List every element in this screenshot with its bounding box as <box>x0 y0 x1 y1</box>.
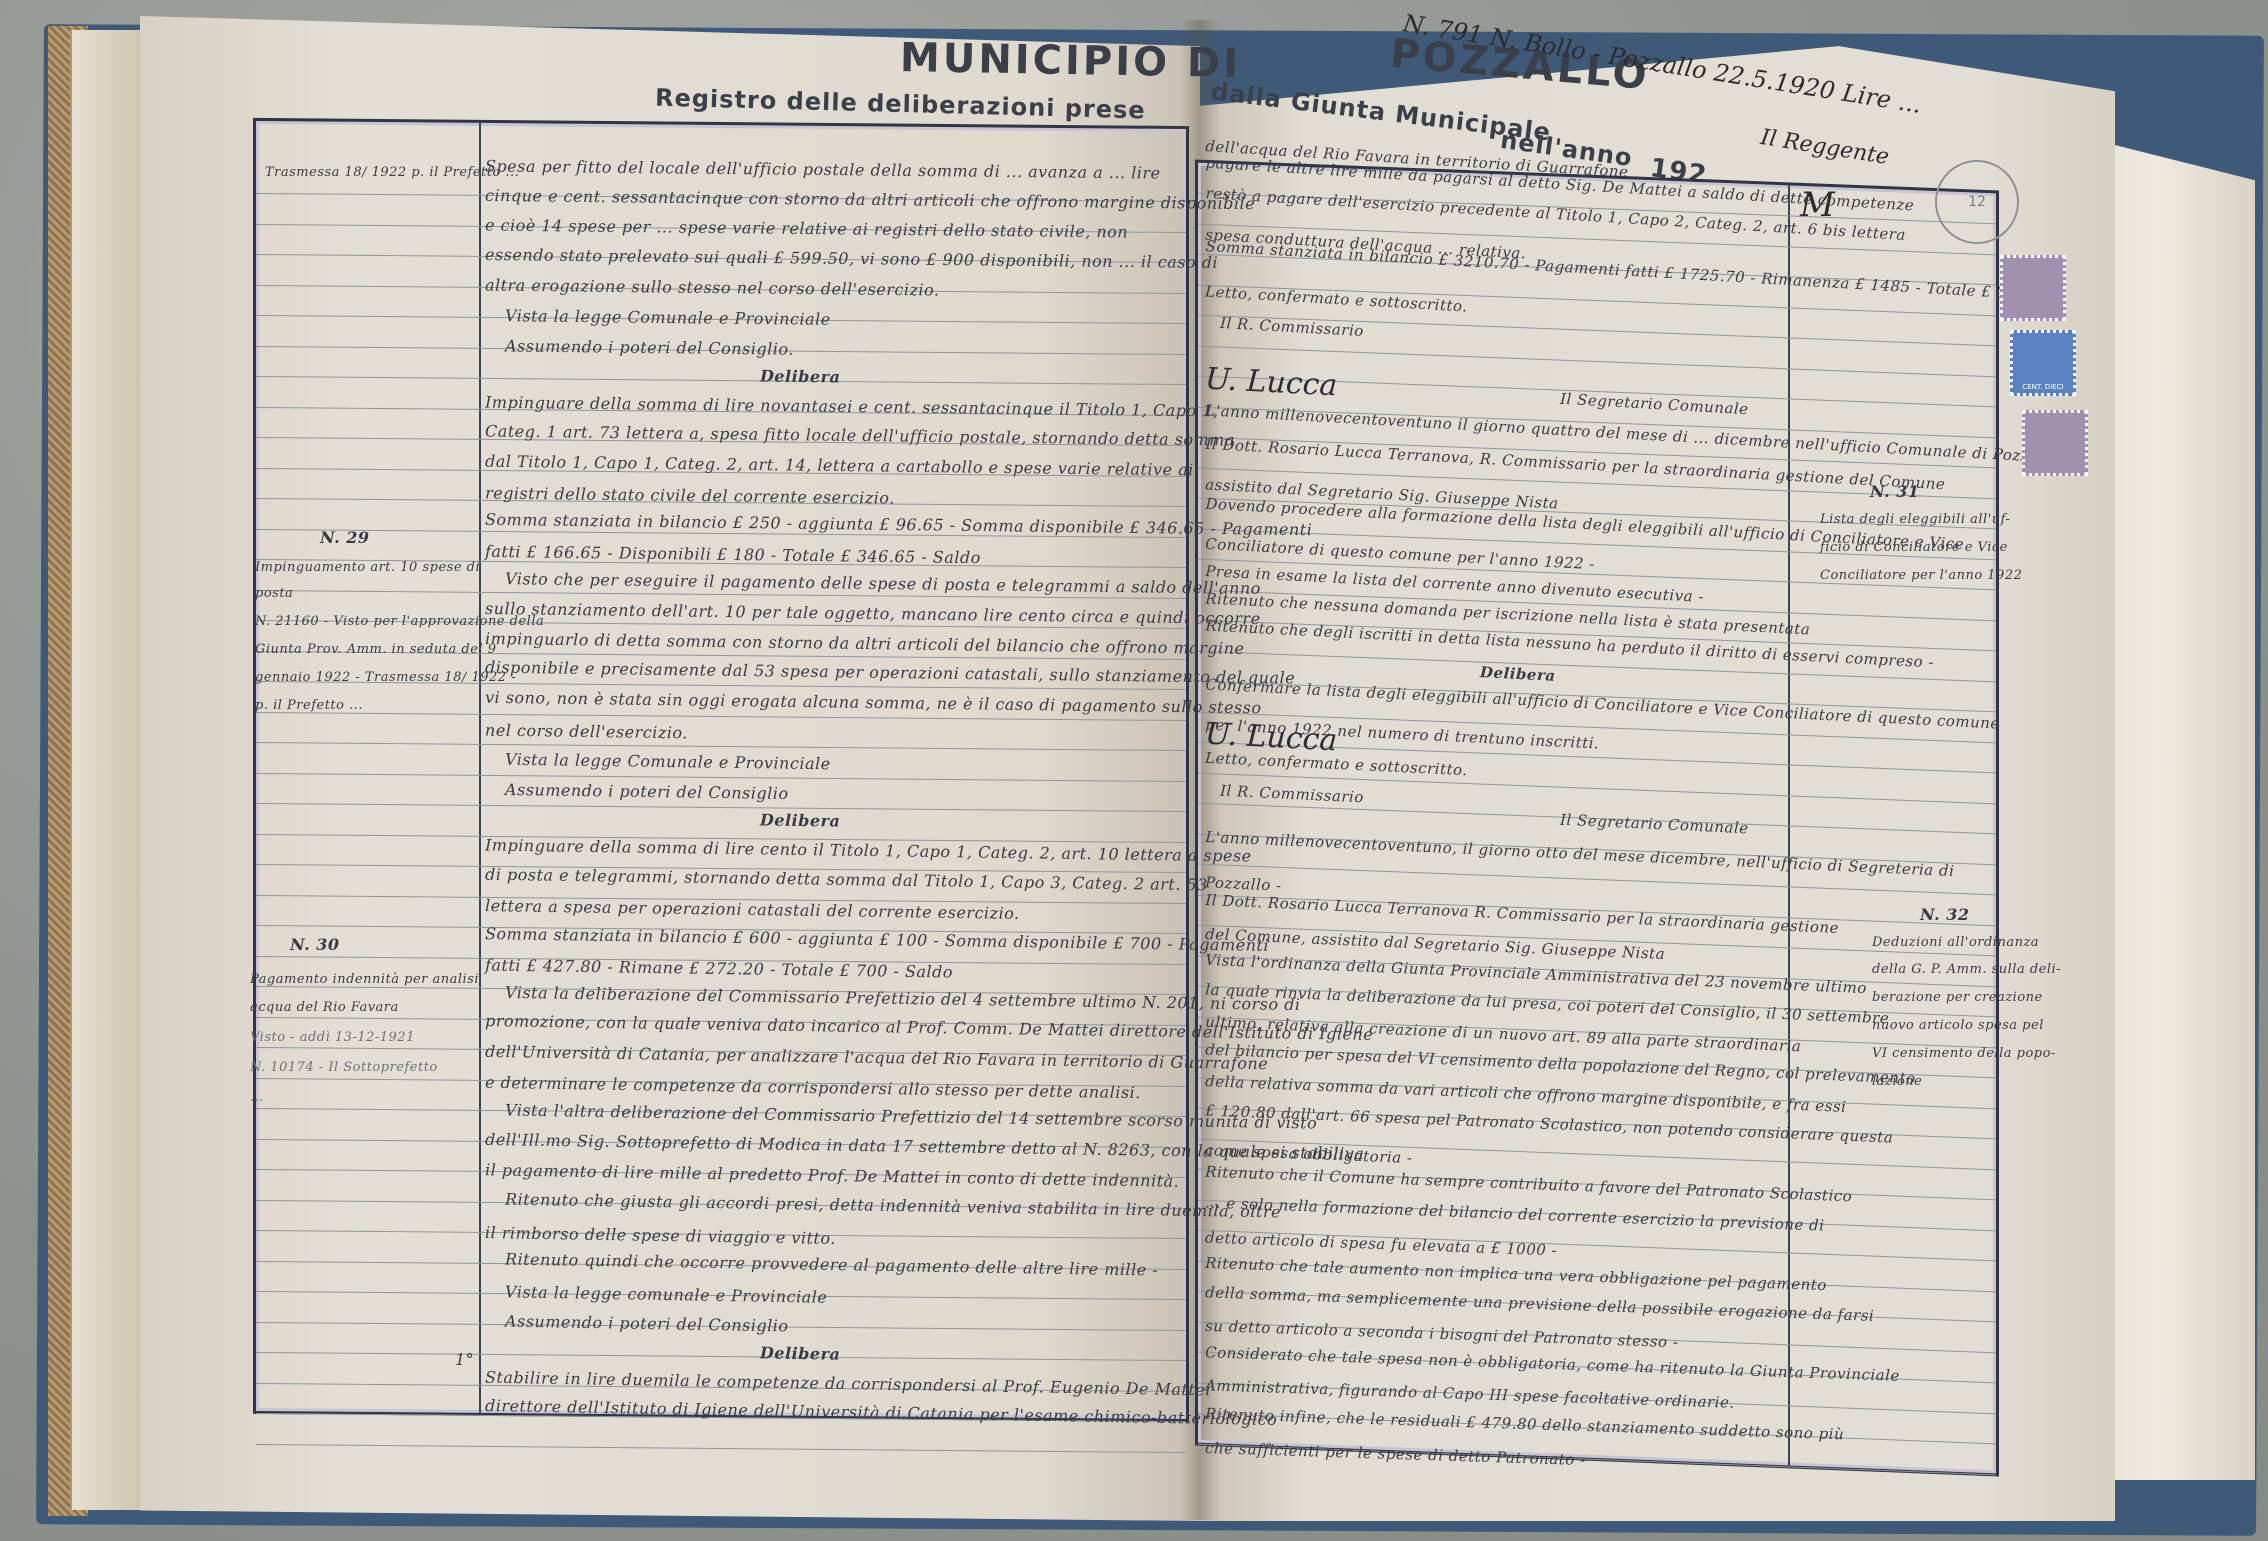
ruled-line <box>256 376 1186 385</box>
handwritten-line: Delibera <box>760 1343 841 1363</box>
handwritten-line: Delibera <box>1480 663 1556 685</box>
revenue-stamp: CENT. DIECI <box>2010 330 2076 396</box>
ruled-line <box>256 772 1186 781</box>
margin-entry-line: ... <box>250 1090 264 1105</box>
margin-entry-line: Conciliatore per l'anno 1922 <box>1820 568 2022 583</box>
margin-entry-line: N. 10174 - Il Sottoprefetto <box>250 1060 438 1075</box>
margin-entry-line: Visto - addì 13-12-1921 <box>250 1030 415 1045</box>
margin-entry-line: acqua del Rio Favara <box>250 1000 399 1015</box>
margin-entry-number: N. 32 <box>1920 905 1970 924</box>
margin-entry-line: gennaio 1922 - Trasmessa 18/ 1922 - <box>255 670 516 685</box>
handwritten-line: Delibera <box>760 811 841 831</box>
ruled-line <box>256 742 1186 751</box>
item-number: 1° <box>455 1350 474 1369</box>
margin-entry-line: Lista degli eleggibili all'uf- <box>1820 512 2010 527</box>
margin-entry-line: Giunta Prov. Amm. in seduta del 9 <box>255 642 496 657</box>
handwritten-line: nel corso dell'esercizio. <box>485 721 688 743</box>
margin-entry-line: p. il Prefetto ... <box>255 698 363 713</box>
margin-entry-line: posta <box>255 586 293 601</box>
handwritten-line: Assumendo i poteri del Consiglio <box>505 780 789 803</box>
ruled-line <box>256 803 1186 812</box>
margin-entry-line: berazione per creazione <box>1872 990 2043 1005</box>
header-title-left: MUNICIPIO DI <box>900 35 1242 87</box>
ruled-line <box>256 1352 1186 1361</box>
margin-entry-number: N. 30 <box>290 935 340 954</box>
margin-entry-line: Impinguamento art. 10 spese di <box>255 560 480 575</box>
handwritten-line: Delibera <box>760 367 841 387</box>
page-edge-right <box>2095 140 2255 1480</box>
handwritten-line: Assumendo i poteri del Consiglio. <box>505 336 794 358</box>
margin-entry-line: lazione <box>1872 1074 1922 1089</box>
margin-entry-number: N. 31 <box>1870 482 1920 501</box>
stamp-label: CENT. DIECI <box>2013 383 2073 391</box>
margin-entry-number: N. 29 <box>320 528 370 547</box>
margin-entry-line: ficio di Conciliatore e Vice <box>1820 540 2008 555</box>
postmark-icon: 12 <box>1935 160 2019 244</box>
postmark-text: 12 <box>1968 194 1986 210</box>
margin-entry-line: nuovo articolo spesa pel <box>1872 1018 2044 1033</box>
margin-entry-line: Pagamento indennità per analisi <box>250 972 479 987</box>
signature: U. Lucca <box>1204 362 1338 404</box>
revenue-stamp <box>2022 410 2088 476</box>
margin-entry-line: Deduzioni all'ordinanza <box>1872 935 2039 950</box>
margin-entry-line: della G. P. Amm. sulla deli- <box>1872 962 2061 977</box>
margin-entry-line: VI censimento della popo- <box>1872 1046 2056 1061</box>
revenue-stamp <box>2000 255 2066 321</box>
margin-note-top: Trasmessa 18/ 1922 p. il Prefetto ... <box>265 165 519 180</box>
handwritten-line: Vista la legge Comunale e Provinciale <box>505 306 831 329</box>
signature: U. Lucca <box>1204 717 1338 759</box>
